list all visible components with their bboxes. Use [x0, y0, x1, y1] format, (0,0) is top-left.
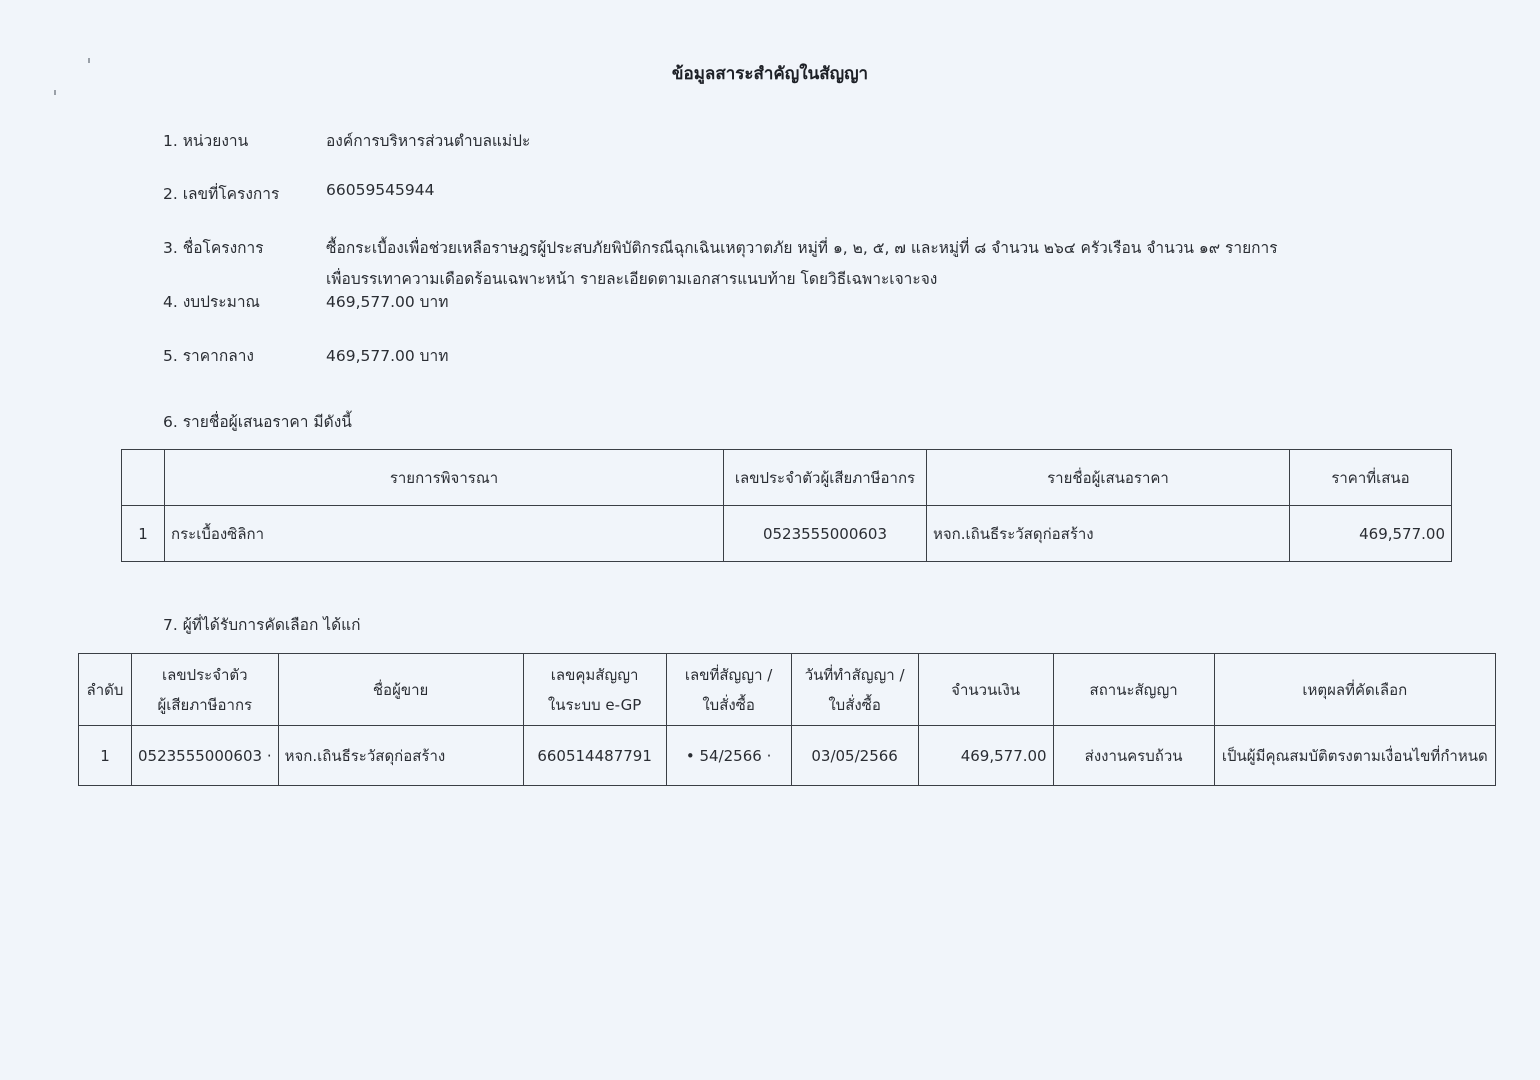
cell-order: 1	[79, 726, 132, 786]
field-label: 3. ชื่อโครงการ	[163, 235, 264, 260]
col-header-tax-id: เลขประจำตัวผู้เสียภาษีอากร	[132, 654, 279, 726]
section7-label: 7. ผู้ที่ได้รับการคัดเลือก ได้แก่	[163, 612, 361, 637]
cell-index: 1	[122, 506, 165, 562]
col-header-index	[122, 450, 165, 506]
field-value: ซื้อกระเบื้องเพื่อช่วยเหลือราษฎรผู้ประสบ…	[326, 235, 1278, 260]
col-header-item: รายการพิจารณา	[165, 450, 724, 506]
field-value-line2: เพื่อบรรเทาความเดือดร้อนเฉพาะหน้า รายละเ…	[326, 266, 937, 291]
header-line: เลขประจำตัว	[138, 660, 272, 690]
table-header-row: ลำดับ เลขประจำตัวผู้เสียภาษีอากร ชื่อผู้…	[79, 654, 1496, 726]
header-line: ใบสั่งซื้อ	[673, 690, 785, 720]
cell-amount: 469,577.00	[918, 726, 1053, 786]
col-header-offer-price: ราคาที่เสนอ	[1290, 450, 1452, 506]
cell-tax-id: 0523555000603	[724, 506, 927, 562]
col-header-order: ลำดับ	[79, 654, 132, 726]
col-header-selection-reason: เหตุผลที่คัดเลือก	[1214, 654, 1495, 726]
header-line: เลขคุมสัญญา	[530, 660, 660, 690]
header-line: วันที่ทำสัญญา /	[798, 660, 912, 690]
table-header-row: รายการพิจารณา เลขประจำตัวผู้เสียภาษีอากร…	[122, 450, 1452, 506]
cell-seller-name: หจก.เถินธีระวัสดุก่อสร้าง	[278, 726, 523, 786]
header-line: ใบสั่งซื้อ	[798, 690, 912, 720]
field-label: 2. เลขที่โครงการ	[163, 181, 279, 206]
col-header-bidder-name: รายชื่อผู้เสนอราคา	[927, 450, 1290, 506]
field-label: 1. หน่วยงาน	[163, 128, 248, 153]
header-line: ชื่อผู้ขาย	[373, 681, 428, 699]
scan-artifact	[54, 90, 56, 95]
bidders-table: รายการพิจารณา เลขประจำตัวผู้เสียภาษีอากร…	[121, 449, 1452, 562]
table-row: 1 กระเบื้องซิลิกา 0523555000603 หจก.เถิน…	[122, 506, 1452, 562]
cell-tax-id: 0523555000603 ·	[132, 726, 279, 786]
header-line: ผู้เสียภาษีอากร	[138, 690, 272, 720]
cell-selection-reason: เป็นผู้มีคุณสมบัติตรงตามเงื่อนไขที่กำหนด	[1214, 726, 1495, 786]
col-header-contract-status: สถานะสัญญา	[1053, 654, 1214, 726]
header-line: ในระบบ e-GP	[530, 690, 660, 720]
field-value: 469,577.00 บาท	[326, 289, 448, 314]
header-line: ลำดับ	[87, 681, 124, 699]
field-value: 469,577.00 บาท	[326, 343, 448, 368]
cell-contract-number: • 54/2566 ·	[666, 726, 791, 786]
col-header-egp-number: เลขคุมสัญญาในระบบ e-GP	[523, 654, 666, 726]
cell-item: กระเบื้องซิลิกา	[165, 506, 724, 562]
col-header-contract-number: เลขที่สัญญา /ใบสั่งซื้อ	[666, 654, 791, 726]
cell-bidder-name: หจก.เถินธีระวัสดุก่อสร้าง	[927, 506, 1290, 562]
header-line: สถานะสัญญา	[1090, 681, 1178, 699]
field-value: 66059545944	[326, 181, 434, 199]
col-header-tax-id: เลขประจำตัวผู้เสียภาษีอากร	[724, 450, 927, 506]
cell-offer-price: 469,577.00	[1290, 506, 1452, 562]
cell-contract-status: ส่งงานครบถ้วน	[1053, 726, 1214, 786]
cell-contract-date: 03/05/2566	[791, 726, 918, 786]
section6-label: 6. รายชื่อผู้เสนอราคา มีดังนี้	[163, 409, 352, 434]
winners-table: ลำดับ เลขประจำตัวผู้เสียภาษีอากร ชื่อผู้…	[78, 653, 1496, 786]
field-label: 4. งบประมาณ	[163, 289, 260, 314]
field-label: 5. ราคากลาง	[163, 343, 254, 368]
col-header-amount: จำนวนเงิน	[918, 654, 1053, 726]
col-header-contract-date: วันที่ทำสัญญา /ใบสั่งซื้อ	[791, 654, 918, 726]
field-value: องค์การบริหารส่วนตำบลแม่ปะ	[326, 128, 530, 153]
col-header-seller-name: ชื่อผู้ขาย	[278, 654, 523, 726]
document-title: ข้อมูลสาระสำคัญในสัญญา	[0, 60, 1540, 87]
cell-egp-number: 660514487791	[523, 726, 666, 786]
header-line: เลขที่สัญญา /	[673, 660, 785, 690]
header-line: จำนวนเงิน	[951, 681, 1020, 699]
table-row: 1 0523555000603 · หจก.เถินธีระวัสดุก่อสร…	[79, 726, 1496, 786]
header-line: เหตุผลที่คัดเลือก	[1302, 681, 1407, 699]
